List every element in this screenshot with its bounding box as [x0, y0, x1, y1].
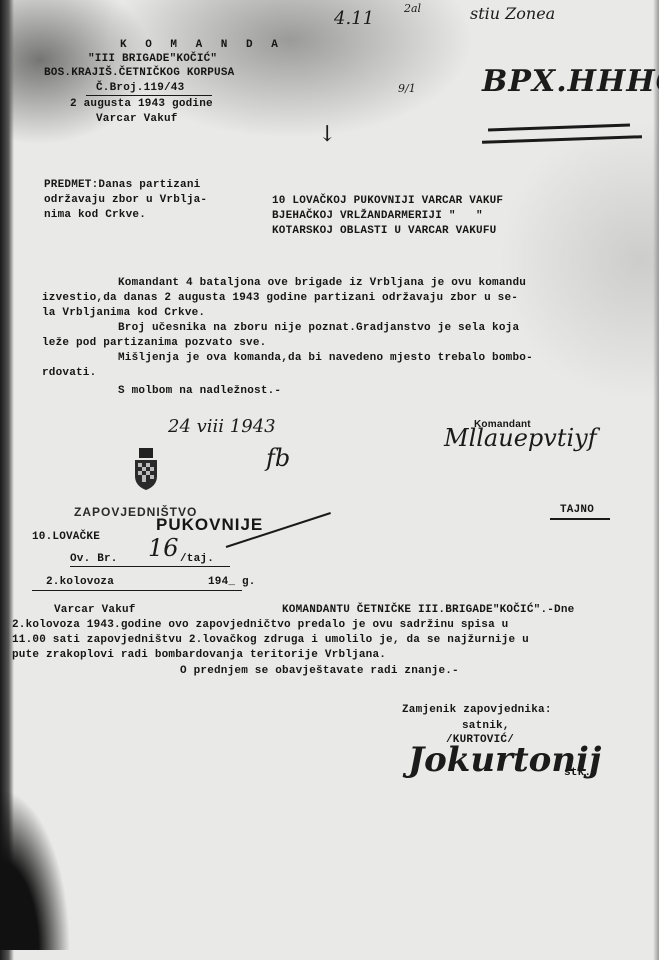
header-corps: BOS.KRAJIŠ.ČETNIČKOG KORPUSA	[44, 66, 234, 80]
recipient-line-1: 10 LOVAČKOJ PUKOVNIJI VARCAR VAKUF	[272, 194, 503, 208]
body-p2-line1: Broj učesnika na zboru nije poznat.Gradj…	[118, 321, 519, 335]
note-place: Varcar Vakuf	[54, 603, 136, 617]
handwritten-note-small: 2al	[404, 2, 421, 15]
deputy-rank: satnik,	[462, 719, 510, 733]
handwritten-note-mid: 9/1	[398, 82, 416, 95]
corner-stain	[0, 780, 120, 950]
body-p1-line2: izvestio,da danas 2 augusta 1943 godine …	[42, 291, 518, 305]
note-line-1: 2.kolovoza 1943.godine ovo zapovjedničtv…	[12, 618, 508, 632]
scanned-document: K O M A N D A "III BRIGADE"KOČIĆ" BOS.KR…	[0, 0, 659, 960]
body-p3-line2: rdovati.	[42, 366, 96, 380]
scan-edge-shadow-right	[653, 0, 659, 960]
body-p2-line2: leže pod partizanima pozvato sve.	[42, 336, 266, 350]
subject-line-3: nima kod Crkve.	[44, 208, 146, 222]
stamp-number-underline	[70, 566, 230, 567]
header-date: 2 augusta 1943 godine	[70, 97, 213, 111]
urgent-underline-2	[482, 135, 642, 144]
deputy-role: Zamjenik zapovjednika:	[402, 703, 552, 717]
stamp-number-suffix: /taj.	[180, 552, 214, 566]
stamp-number-label: Ov. Br.	[70, 552, 118, 566]
handwritten-urgent: ВРХ.HHHО!	[482, 64, 659, 99]
note-line-3: pute zrakoplovi radi bombardovanja terit…	[12, 648, 386, 662]
note-line-2: 11.00 sati zapovjedništvu 2.lovačkog zdr…	[12, 633, 529, 647]
urgent-underline-1	[488, 124, 630, 132]
deputy-signature-suffix: stk.	[564, 766, 591, 780]
header-brigade: "III BRIGADE"KOČIĆ"	[88, 52, 217, 66]
header-number: Č.Broj.119/43	[96, 81, 184, 95]
stamp-unit: 10.LOVAČKE	[32, 530, 100, 544]
header-place: Varcar Vakuf	[96, 112, 178, 126]
header-command: K O M A N D A	[120, 38, 284, 52]
handwritten-initials: fb	[266, 444, 290, 472]
header-underline	[86, 95, 212, 96]
note-addressee: KOMANDANTU ČETNIČKE III.BRIGADE"KOČIĆ".-…	[282, 603, 574, 617]
commander-signature: Mllauepvtiyf	[444, 424, 597, 452]
stamp-number-value: 16	[148, 534, 179, 562]
coat-of-arms-icon	[134, 448, 158, 490]
stamp-date-underline	[32, 590, 242, 591]
handwritten-note-name: stiu Zonea	[470, 4, 555, 23]
body-p3-line1: Mišljenja je ova komanda,da bi navedeno …	[118, 351, 533, 365]
classification-label: TAJNO	[560, 503, 594, 517]
subject-line-2: održavaju zbor u Vrblja-	[44, 193, 207, 207]
recipient-line-3: KOTARSKOJ OBLASTI U VARCAR VAKUFU	[272, 224, 496, 238]
note-line-4: O prednjem se obavještavate radi znanje.…	[180, 664, 459, 678]
stamp-year: 194_ g.	[208, 575, 256, 589]
classification-underline	[550, 518, 610, 520]
body-p4: S molbom na nadležnost.-	[118, 384, 281, 398]
stamp-date: 2.kolovoza	[46, 575, 114, 589]
body-p1-line1: Komandant 4 bataljona ove brigade iz Vrb…	[118, 276, 526, 290]
recipient-line-2: BJEHAČKOJ VRLŽANDARMERIJI " "	[272, 209, 483, 223]
body-p1-line3: la Vrbljanima kod Crkve.	[42, 306, 205, 320]
handwritten-note-number: 4.11	[334, 8, 374, 29]
subject-line-1: PREDMET:Danas partizani	[44, 178, 200, 192]
arrow-down-icon: ↓	[318, 122, 336, 147]
stamp-regiment: PUKOVNIJE	[156, 518, 263, 532]
handwritten-date: 24 viii 1943	[168, 416, 276, 437]
